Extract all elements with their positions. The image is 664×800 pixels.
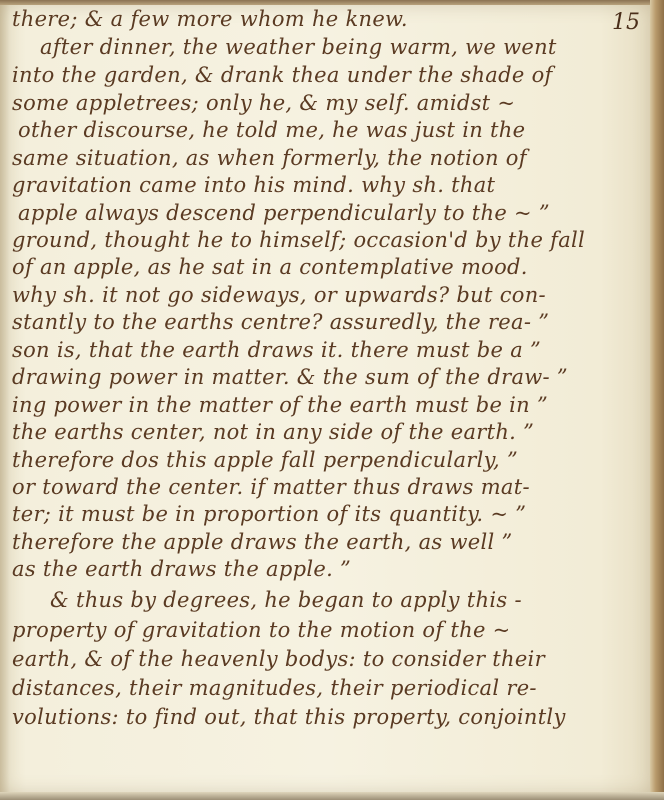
manuscript-line-23: property of gravitation to the motion of… — [12, 617, 511, 643]
manuscript-line-24: earth, & of the heavenly bodys: to consi… — [12, 646, 545, 672]
manuscript-line-19: ter; it must be in proportion of its qua… — [12, 501, 526, 527]
manuscript-line-2: after dinner, the weather being warm, we… — [40, 34, 557, 60]
manuscript-line-5: other discourse, he told me, he was just… — [18, 117, 525, 143]
manuscript-line-3: into the garden, & drank thea under the … — [12, 62, 553, 88]
manuscript-line-11: why sh. it not go sideways, or upwards? … — [12, 282, 546, 308]
manuscript-line-1: there; & a few more whom he knew. — [12, 6, 408, 32]
manuscript-line-9: ground, thought he to himself; occasion'… — [12, 227, 585, 253]
page-top-edge — [0, 0, 664, 5]
manuscript-line-22: & thus by degrees, he began to apply thi… — [50, 587, 522, 613]
manuscript-line-18: or toward the center. if matter thus dra… — [12, 474, 530, 500]
manuscript-line-25: distances, their magnitudes, their perio… — [12, 675, 537, 701]
page-gutter-shadow — [0, 4, 10, 794]
manuscript-line-14: drawing power in matter. & the sum of th… — [12, 364, 568, 390]
manuscript-line-4: some appletrees; only he, & my self. ami… — [12, 90, 515, 116]
manuscript-line-15: ing power in the matter of the earth mus… — [12, 392, 548, 418]
page-bottom-edge — [0, 792, 664, 800]
manuscript-line-20: therefore the apple draws the earth, as … — [12, 529, 513, 555]
manuscript-line-16: the earths center, not in any side of th… — [12, 419, 534, 445]
manuscript-line-8: apple always descend perpendicularly to … — [18, 200, 550, 226]
manuscript-line-21: as the earth draws the apple. ” — [12, 556, 351, 582]
manuscript-line-13: son is, that the earth draws it. there m… — [12, 337, 541, 363]
book-spine-edge — [650, 0, 664, 800]
manuscript-page: 15 there; & a few more whom he knew. aft… — [0, 4, 652, 794]
page-number: 15 — [612, 10, 640, 35]
manuscript-line-10: of an apple, as he sat in a contemplativ… — [12, 254, 528, 280]
manuscript-line-26: volutions: to find out, that this proper… — [12, 704, 566, 730]
manuscript-line-17: therefore dos this apple fall perpendicu… — [12, 447, 518, 473]
manuscript-line-12: stantly to the earths centre? assuredly,… — [12, 309, 549, 335]
manuscript-line-6: same situation, as when formerly, the no… — [12, 145, 527, 171]
manuscript-line-7: gravitation came into his mind. why sh. … — [12, 172, 495, 198]
